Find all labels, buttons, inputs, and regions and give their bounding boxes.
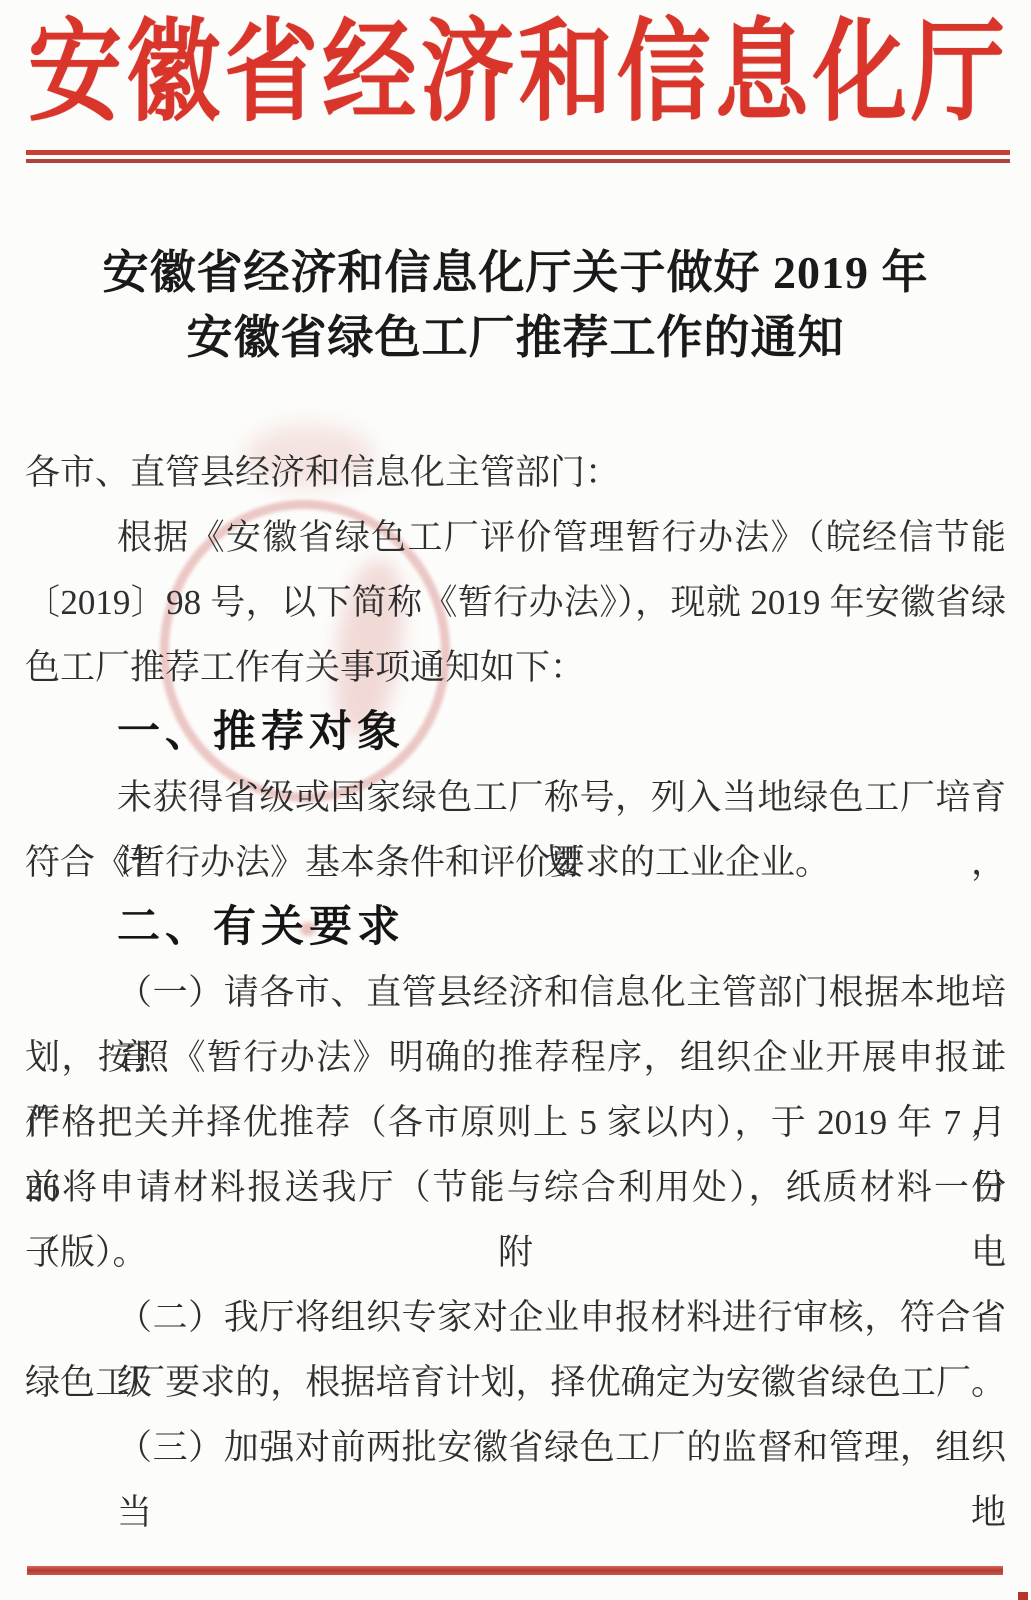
document-page: 安徽省经济和信息化厅 安徽省经济和信息化厅关于做好 2019 年 安徽省绿色工厂… bbox=[0, 0, 1031, 1600]
body-line: 划，按照《暂行办法》明确的推荐程序，组织企业开展申报工作， bbox=[25, 1025, 1006, 1090]
section-heading-1: 一、推荐对象 bbox=[25, 700, 1006, 765]
document-title-line-1: 安徽省经济和信息化厅关于做好 2019 年 bbox=[0, 240, 1031, 305]
body-line: （三）加强对前两批安徽省绿色工厂的监督和管理，组织当地 bbox=[25, 1415, 1006, 1480]
agency-letterhead: 安徽省经济和信息化厅 bbox=[28, 12, 1005, 136]
section-heading-2: 二、有关要求 bbox=[25, 895, 1006, 960]
body-line: 根据《安徽省绿色工厂评价管理暂行办法》（皖经信节能 bbox=[25, 505, 1006, 570]
page-corner-red-mark bbox=[1018, 1592, 1028, 1600]
body-line: 未获得省级或国家绿色工厂称号，列入当地绿色工厂培育计划， bbox=[25, 765, 1006, 830]
header-divider-line bbox=[26, 150, 1010, 163]
document-title-line-2: 安徽省绿色工厂推荐工作的通知 bbox=[0, 305, 1031, 370]
body-line: 〔2019〕98 号，以下简称《暂行办法》），现就 2019 年安徽省绿 bbox=[25, 570, 1006, 635]
body-line: 前将申请材料报送我厅（节能与综合利用处），纸质材料一份（附电 bbox=[25, 1155, 1006, 1220]
body-line: （一）请各市、直管县经济和信息化主管部门根据本地培育计 bbox=[25, 960, 1006, 1025]
footer-divider-line bbox=[27, 1566, 1003, 1575]
body-line: 严格把关并择优推荐（各市原则上 5 家以内），于 2019 年 7 月 26 日 bbox=[25, 1090, 1006, 1155]
body-line: （二）我厅将组织专家对企业申报材料进行审核，符合省级 bbox=[25, 1285, 1006, 1350]
body-line-salutation: 各市、直管县经济和信息化主管部门： bbox=[25, 440, 1006, 505]
body-line: 色工厂推荐工作有关事项通知如下： bbox=[25, 635, 1006, 700]
body-line: 绿色工厂要求的，根据培育计划，择优确定为安徽省绿色工厂。 bbox=[25, 1350, 1006, 1415]
document-body: 各市、直管县经济和信息化主管部门： 根据《安徽省绿色工厂评价管理暂行办法》（皖经… bbox=[25, 440, 1006, 1480]
document-title: 安徽省经济和信息化厅关于做好 2019 年 安徽省绿色工厂推荐工作的通知 bbox=[0, 240, 1031, 370]
